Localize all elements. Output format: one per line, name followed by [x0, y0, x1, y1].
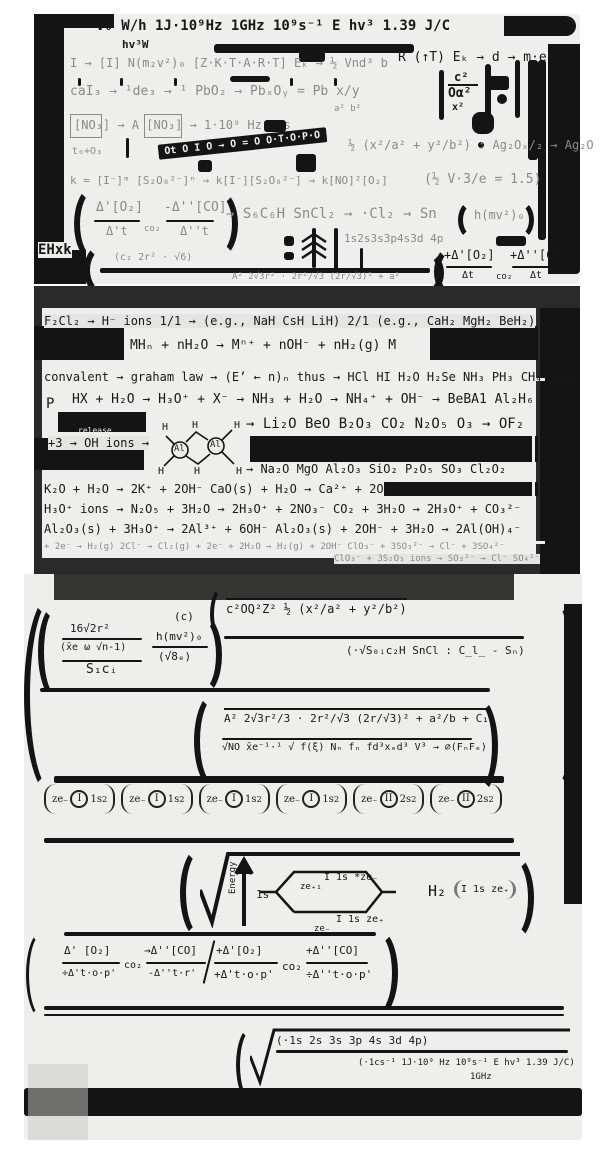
dimer-h: H: [236, 466, 242, 477]
eq-d-mid-1: co₂: [124, 960, 142, 971]
eq-c-top: A² 2√3r²/3 · 2r²/√3 (2r/√3)² + a²/b + C₁: [224, 708, 489, 725]
middle-panel-right-notch: [532, 378, 545, 544]
right-fraction-sub: x²: [452, 102, 464, 113]
mo-energy-label: Energy: [228, 861, 238, 894]
fraction-line: [214, 962, 278, 964]
rate-right-num-1: +Δ'[O₂]: [444, 248, 495, 262]
row-4-tick: [126, 138, 129, 158]
middle-panel-right-frame: [540, 308, 580, 576]
orbital-top-bar: [54, 776, 504, 783]
vbar: [334, 228, 338, 270]
eq-d-den-1: ÷Δ't·o·p': [62, 968, 116, 979]
eq-b-top: c²OQ²Z² ½ (x²/a² + y²/b²): [226, 598, 407, 616]
orbital-product-row: ze₋I1s2 ze₋I1s2 ze₋I1s2 ze₋I1s2 ze₋II2s2…: [44, 784, 508, 814]
block: [284, 236, 294, 246]
eq-d-right-paren: [356, 928, 398, 1018]
row-1-formula: I → [I] N(m₂v²)₀ [Z·K·T·A·R·T] Eₖ → ½ Vn…: [70, 56, 388, 70]
middle-line-4: HX + H₂O → H₃O⁺ + X⁻ → NH₃ + H₂O → NH₄⁺ …: [72, 392, 534, 407]
rate-left-mid: co₂: [144, 224, 160, 234]
middle-line-6-small: release: [78, 426, 112, 435]
middle-panel-block: [384, 482, 538, 496]
row-4-left: t₀+O₃: [72, 146, 102, 157]
right-fraction-num: c²: [454, 70, 468, 84]
eq-d-bottom-bar: [44, 1006, 564, 1010]
orbital-term: ze₋I1s2: [276, 784, 347, 814]
eq-d-den-3: +Δ't·o·p': [214, 968, 274, 981]
fraction-line: [62, 962, 120, 964]
dimer-h: H: [192, 420, 198, 431]
middle-line-11: + 2e⁻ → H₂(g) 2Cl⁻ → Cl₂(g) + 2e⁻ + 2H₂O…: [44, 542, 505, 552]
eq-a-numerator: 16√2r²: [70, 622, 110, 635]
right-fraction-den: Oα²: [448, 86, 471, 101]
eq-d-mid-2: co₂: [282, 960, 302, 973]
eq-d-num-1: Δ' [O₂]: [64, 944, 110, 957]
eq-d-num-3: +Δ'[O₂]: [216, 944, 262, 957]
fraction-line: [146, 962, 206, 964]
middle-line-6: +3 → OH ions →: [48, 436, 149, 450]
dimer-h: H: [234, 420, 240, 431]
eq-a-den-top: (x̄e ω √n-1): [60, 642, 126, 653]
middle-line-2: MHₙ + nH₂O → Mⁿ⁺ + nOH⁻ + nH₂(g) M: [130, 338, 396, 353]
row-5-formula: k = [I⁻]ᵐ [S₂O₈²⁻]ⁿ → k[I⁻][S₂O₈²⁻] → k[…: [70, 174, 388, 187]
eq-d-den-2: -Δ''t·r': [148, 968, 196, 979]
bottom-heavy-bar: [24, 1088, 582, 1116]
eq-d-top-bar: [64, 932, 376, 936]
al2h6-dimer-diagram: Al Al H H H H H H: [150, 416, 250, 480]
mo-product: H₂: [428, 882, 446, 900]
dimer-al-right: Al: [210, 440, 221, 450]
right-vbar: [439, 70, 444, 120]
middle-panel-block: [430, 326, 538, 360]
middle-line-4-prefix: P: [46, 396, 54, 412]
electron-config: 1s2s3s3p4s3d 4p: [344, 232, 443, 245]
mo-right-paren: [492, 854, 534, 942]
fraction-line: [224, 636, 524, 639]
top-panel-right-border: [548, 44, 580, 274]
right-block-2: [472, 112, 494, 134]
bottom-frac-top: (c₂ 2r² · √6): [114, 252, 192, 263]
row-2-formula: caI₃ → ¹de₃ → ¹ PbO₂ → PbₓOᵧ = Pb x/y: [70, 84, 360, 99]
eq-a-denominator: S₁cᵢ: [86, 662, 117, 677]
mo-bonding: I 1s ze₊: [336, 914, 384, 925]
middle-line-7: → Na₂O MgO Al₂O₃ SiO₂ P₂O₅ SO₃ Cl₂O₂: [246, 462, 506, 476]
orbital-term: ze₋I1s2: [121, 784, 192, 814]
rate-chain: → S₆C₆H SnCl₂ → ·Cl₂ → Sn: [226, 206, 437, 222]
middle-panel: F₂Cl₂ → H⁻ ions 1/1 → (e.g., NaH CsH LiH…: [34, 286, 580, 576]
mo-antibonding: I 1s *ze₋: [324, 872, 378, 883]
middle-line-1: F₂Cl₂ → H⁻ ions 1/1 → (e.g., NaH CsH LiH…: [44, 314, 535, 328]
fraction-line: [94, 220, 140, 222]
rate-left-den-1: Δ't: [106, 224, 128, 238]
right-block: [489, 76, 509, 90]
config-block: [496, 236, 526, 246]
eq-d-bottom-bar-2: [44, 1014, 564, 1016]
eq-e-sub: 1GHz: [470, 1072, 492, 1082]
ehxk-label: EHxk: [38, 242, 72, 258]
row-3-right-formula: ½ (x²/a² + y²/b²) : Ag₂Oₓ/₂ → Ag₂O: [348, 138, 594, 152]
header-formula-sub: hv³W: [122, 38, 149, 51]
bottom-tape: [28, 1064, 88, 1140]
eq-b-bottom: (·√S₀ᵢc₂H SnCl : C̲l̲ - Sₙ): [346, 644, 525, 657]
header-formula: v₀ W/h 1J·10⁹Hz 1GHz 10⁹s⁻¹ E hv³ 1.39 J…: [96, 18, 450, 34]
row-4-block: [296, 154, 316, 172]
row-4-block: [198, 160, 212, 172]
rate-right-den-2: Δt: [530, 270, 542, 281]
middle-line-12: ClO₃⁻ + 3S₂O₃ ions → SO₃²⁻ → Cl⁻ SO₄²⁻: [334, 554, 540, 564]
right-vbar: [515, 60, 520, 118]
top-panel-right-cap: [504, 16, 576, 36]
middle-line-9: H₃O⁺ ions → N₂O₅ + 3H₂O → 2H₃O⁺ + 2NO₃⁻ …: [44, 502, 521, 516]
row-3-formula: [NO₃] → A [NO₃] → 1·10⁹ Hz 1/s: [74, 118, 291, 132]
row-2-sub: a² b²: [334, 104, 361, 114]
eq-e-top: (·1s 2s 3s 3p 4s 3d 4p): [276, 1034, 428, 1047]
rate-right-num-2: +Δ''[CO]: [510, 248, 568, 262]
row-5-right: (½ V·3/e = 1.5): [424, 172, 541, 187]
mo-antibonding-sub: ze₊₁: [300, 882, 322, 892]
dimer-al-left: Al: [174, 444, 185, 454]
fern-icon: [296, 230, 332, 266]
middle-line-8: K₂O + H₂O → 2K⁺ + 2OH⁻ CaO(s) + H₂O → Ca…: [44, 482, 398, 496]
bottom-panel: 16√2r² (x̄e ω √n-1) S₁cᵢ (c) h(mv²)₀ (√8…: [24, 574, 582, 1140]
middle-line-3: convalent → graham law → (E’ ← n)ₙ thus …: [44, 370, 579, 384]
middle-panel-block: [34, 326, 124, 360]
fraction-line: [222, 738, 472, 740]
dimer-h: H: [194, 466, 200, 477]
top-panel: v₀ W/h 1J·10⁹Hz 1GHz 10⁹s⁻¹ E hv³ 1.39 J…: [34, 14, 580, 284]
eq-d-num-4: +Δ''[CO]: [306, 944, 359, 957]
left-paren: [458, 200, 488, 240]
middle-panel-block: [250, 436, 538, 462]
rate-left-num-1: Δ'[O₂]: [96, 200, 143, 215]
rate-right-den-1: Δt: [462, 270, 474, 281]
eq-e-bottom: (·1cs⁻¹ 1J·10⁹ Hz 10⁹s⁻¹ E hv³ 1.39 J/C): [358, 1058, 575, 1068]
eq-c-bottom: √NO x̄e⁻¹·¹ √ f(ξ) Nₙ fₙ fd³xₑd³ V³ → ∅(…: [222, 742, 487, 753]
dimer-h: H: [158, 466, 164, 477]
right-paren: [200, 190, 238, 258]
fraction-line: [62, 638, 142, 640]
row-3-block: [264, 120, 286, 132]
outer-right-paren: [524, 594, 580, 796]
row-1-bar: [230, 76, 270, 82]
block: [284, 252, 294, 260]
orbital-term: ze₋I1s2: [199, 784, 270, 814]
bottom-panel-top-band: [54, 574, 514, 600]
middle-line-5: → Li₂O BeO B₂O₃ CO₂ N₂O₅ O₃ → OF₂: [246, 416, 524, 432]
orbital-term: ze₋II2s2: [430, 784, 501, 814]
right-dot: [497, 94, 507, 104]
main-fraction-line: [40, 688, 490, 692]
mo-left-orbital: 1s: [256, 888, 269, 901]
eq-d-num-2: →Δ''[CO]: [144, 944, 197, 957]
middle-line-10: Al₂O₃(s) + 3H₃O⁺ → 2Al³⁺ + 6OH⁻ Al₂O₃(s)…: [44, 522, 521, 536]
rate-right-mid: co₂: [496, 272, 512, 282]
orbital-term: ze₋I1s2: [44, 784, 115, 814]
bottom-frac-bottom: A² 2√3r² · 2r²/√3 (2r/√3)² + a²: [232, 272, 400, 282]
orbital-bottom-bar: [44, 838, 514, 843]
dimer-h: H: [162, 422, 168, 433]
fraction-line: [512, 266, 560, 268]
fraction-line: [446, 266, 492, 268]
right-paren: [504, 200, 534, 240]
fraction-line: [276, 1050, 568, 1053]
orbital-term: ze₋II2s2: [353, 784, 424, 814]
